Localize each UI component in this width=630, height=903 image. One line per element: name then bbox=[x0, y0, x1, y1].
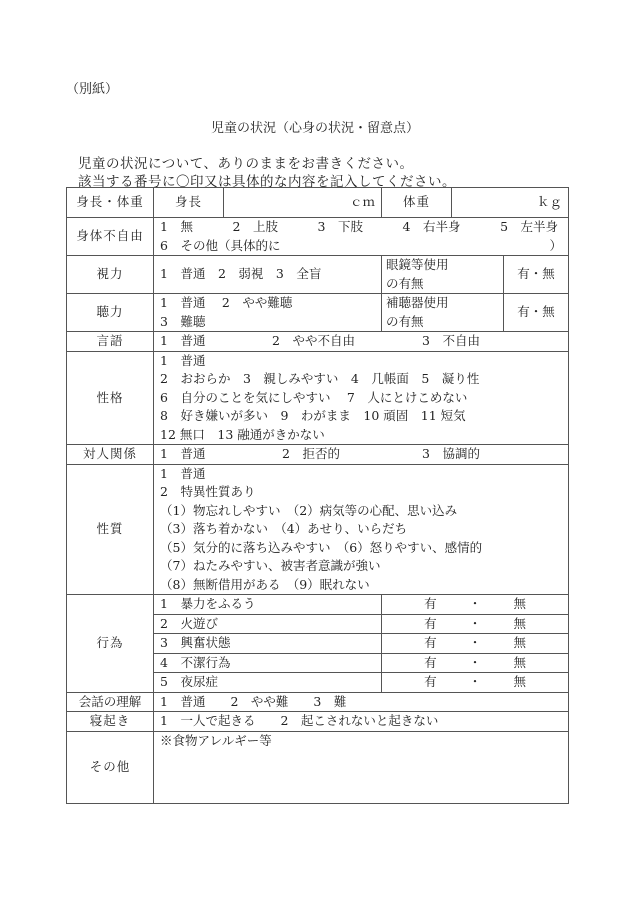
hearing-options-line-1[interactable]: 1 普通 2 やや難聴 bbox=[160, 294, 375, 313]
row-vision: 視力 1 普通 2 弱視 3 全盲 眼鏡等使用 の有無 有・無 bbox=[67, 256, 569, 294]
label-nature: 性質 bbox=[67, 464, 154, 595]
row-conversation: 会話の理解 1 普通 2 やや難 3 難 bbox=[67, 692, 569, 712]
glasses-usage-label: 眼鏡等使用 の有無 bbox=[382, 256, 504, 294]
disability-option-2[interactable]: 2 上肢 bbox=[233, 218, 278, 237]
separator-dot: ・ bbox=[469, 634, 482, 653]
no-option[interactable]: 無 bbox=[513, 634, 526, 653]
nature-line-6[interactable]: （7）ねたみやすい、被害者意識が強い bbox=[160, 557, 562, 576]
weight-field[interactable]: ｋｇ bbox=[452, 188, 569, 218]
behavior-item-3: 3 興奮状態 bbox=[154, 634, 382, 654]
hearing-aid-yes-no[interactable]: 有・無 bbox=[504, 294, 569, 332]
row-relations: 対人関係 1 普通2 拒否的3 協調的 bbox=[67, 445, 569, 465]
height-unit: ｃｍ bbox=[350, 194, 375, 209]
other-field[interactable]: ※食物アレルギー等 bbox=[154, 731, 569, 803]
no-option[interactable]: 無 bbox=[513, 673, 526, 692]
behavior-item-4-yes-no[interactable]: 有・無 bbox=[382, 653, 569, 673]
glasses-label-line-2: の有無 bbox=[386, 275, 497, 294]
label-relations: 対人関係 bbox=[67, 445, 154, 465]
hearing-aid-label: 補聴器使用 の有無 bbox=[382, 294, 504, 332]
nature-line-2[interactable]: 2 特異性質あり bbox=[160, 483, 562, 502]
disability-option-1[interactable]: 1 無 bbox=[160, 218, 193, 237]
label-height-weight: 身長・体重 bbox=[67, 188, 154, 218]
separator-dot: ・ bbox=[469, 615, 482, 634]
separator-dot: ・ bbox=[469, 673, 482, 692]
no-option[interactable]: 無 bbox=[513, 595, 526, 614]
behavior-item-1: 1 暴力をふるう bbox=[154, 595, 382, 615]
row-nature: 性質 1 普通 2 特異性質あり （1）物忘れしやすい （2）病気等の心配、思い… bbox=[67, 464, 569, 595]
row-disability: 身体不自由 1 無 2 上肢 3 下肢 4 右半身 5 左半身 6 その他（具体… bbox=[67, 218, 569, 256]
no-option[interactable]: 無 bbox=[513, 615, 526, 634]
row-hearing: 聴力 1 普通 2 やや難聴 3 難聴 補聴器使用 の有無 有・無 bbox=[67, 294, 569, 332]
row-height-weight: 身長・体重 身長 ｃｍ 体重 ｋｇ bbox=[67, 188, 569, 218]
row-speech: 言語 1 普通2 やや不自由3 不自由 bbox=[67, 332, 569, 352]
yes-option[interactable]: 有 bbox=[424, 595, 437, 614]
speech-options[interactable]: 1 普通2 やや不自由3 不自由 bbox=[154, 332, 569, 352]
nature-options[interactable]: 1 普通 2 特異性質あり （1）物忘れしやすい （2）病気等の心配、思い込み … bbox=[154, 464, 569, 595]
row-personality: 性格 1 普通 2 おおらか 3 親しみやすい 4 几帳面 5 凝り性 6 自分… bbox=[67, 351, 569, 445]
behavior-item-3-yes-no[interactable]: 有・無 bbox=[382, 634, 569, 654]
relations-options[interactable]: 1 普通2 拒否的3 協調的 bbox=[154, 445, 569, 465]
disability-option-3[interactable]: 3 下肢 bbox=[318, 218, 363, 237]
disability-option-5[interactable]: 5 左半身 bbox=[500, 218, 558, 237]
separator-dot: ・ bbox=[469, 595, 482, 614]
personality-line-4[interactable]: 8 好き嫌いが多い 9 わがまま 10 頑固 11 短気 bbox=[160, 407, 562, 426]
separator-dot: ・ bbox=[469, 654, 482, 673]
label-other: その他 bbox=[67, 731, 154, 803]
label-hearing: 聴力 bbox=[67, 294, 154, 332]
label-speech: 言語 bbox=[67, 332, 154, 352]
relations-option-2[interactable]: 2 拒否的 bbox=[282, 445, 422, 464]
personality-options[interactable]: 1 普通 2 おおらか 3 親しみやすい 4 几帳面 5 凝り性 6 自分のこと… bbox=[154, 351, 569, 445]
hearing-aid-label-line-1: 補聴器使用 bbox=[386, 294, 497, 313]
yes-option[interactable]: 有 bbox=[424, 654, 437, 673]
personality-line-1[interactable]: 1 普通 bbox=[160, 352, 562, 371]
conversation-options[interactable]: 1 普通 2 やや難 3 難 bbox=[154, 692, 569, 712]
page-title: 児童の状況（心身の状況・留意点） bbox=[0, 117, 630, 136]
yes-option[interactable]: 有 bbox=[424, 634, 437, 653]
speech-option-2[interactable]: 2 やや不自由 bbox=[272, 332, 422, 351]
speech-option-3[interactable]: 3 不自由 bbox=[422, 333, 480, 348]
height-label: 身長 bbox=[154, 188, 224, 218]
behavior-item-4: 4 不潔行為 bbox=[154, 653, 382, 673]
waking-options[interactable]: 1 一人で起きる 2 起こされないと起きない bbox=[154, 712, 569, 732]
behavior-item-2: 2 火遊び bbox=[154, 614, 382, 634]
height-field[interactable]: ｃｍ bbox=[224, 188, 382, 218]
glasses-label-line-1: 眼鏡等使用 bbox=[386, 256, 497, 275]
row-waking: 寝起き 1 一人で起きる 2 起こされないと起きない bbox=[67, 712, 569, 732]
glasses-yes-no[interactable]: 有・無 bbox=[504, 256, 569, 294]
nature-line-7[interactable]: （8）無断借用がある （9）眠れない bbox=[160, 576, 562, 595]
label-vision: 視力 bbox=[67, 256, 154, 294]
other-note: ※食物アレルギー等 bbox=[160, 732, 562, 751]
disability-option-6-other[interactable]: 6 その他（具体的に bbox=[160, 237, 280, 256]
hearing-aid-label-line-2: の有無 bbox=[386, 313, 497, 332]
nature-line-5[interactable]: （5）気分的に落ち込みやすい （6）怒りやすい、感情的 bbox=[160, 539, 562, 558]
behavior-item-2-yes-no[interactable]: 有・無 bbox=[382, 614, 569, 634]
behavior-item-5-yes-no[interactable]: 有・無 bbox=[382, 673, 569, 693]
disability-option-4[interactable]: 4 右半身 bbox=[403, 218, 461, 237]
hearing-options[interactable]: 1 普通 2 やや難聴 3 難聴 bbox=[154, 294, 382, 332]
weight-label: 体重 bbox=[382, 188, 452, 218]
intro-line-1: 児童の状況について、ありのままをお書きください。 bbox=[78, 152, 413, 172]
nature-line-4[interactable]: （3）落ち着かない （4）あせり、いらだち bbox=[160, 520, 562, 539]
nature-line-1[interactable]: 1 普通 bbox=[160, 465, 562, 484]
speech-option-1[interactable]: 1 普通 bbox=[160, 332, 272, 351]
child-status-form: 身長・体重 身長 ｃｍ 体重 ｋｇ 身体不自由 1 無 2 上肢 3 下肢 4 … bbox=[66, 187, 569, 804]
nature-line-3[interactable]: （1）物忘れしやすい （2）病気等の心配、思い込み bbox=[160, 502, 562, 521]
personality-line-2[interactable]: 2 おおらか 3 親しみやすい 4 几帳面 5 凝り性 bbox=[160, 370, 562, 389]
yes-option[interactable]: 有 bbox=[424, 673, 437, 692]
label-personality: 性格 bbox=[67, 351, 154, 445]
behavior-item-1-yes-no[interactable]: 有・無 bbox=[382, 595, 569, 615]
disability-options[interactable]: 1 無 2 上肢 3 下肢 4 右半身 5 左半身 6 その他（具体的に ） bbox=[154, 218, 569, 256]
label-waking: 寝起き bbox=[67, 712, 154, 732]
label-behavior: 行為 bbox=[67, 595, 154, 693]
vision-options[interactable]: 1 普通 2 弱視 3 全盲 bbox=[154, 256, 382, 294]
behavior-item-5: 5 夜尿症 bbox=[154, 673, 382, 693]
row-behavior-1: 行為 1 暴力をふるう 有・無 bbox=[67, 595, 569, 615]
personality-line-5[interactable]: 12 無口 13 融通がきかない bbox=[160, 426, 562, 445]
label-disability: 身体不自由 bbox=[67, 218, 154, 256]
yes-option[interactable]: 有 bbox=[424, 615, 437, 634]
disability-other-close: ） bbox=[550, 237, 563, 256]
relations-option-3[interactable]: 3 協調的 bbox=[422, 446, 480, 461]
weight-unit: ｋｇ bbox=[537, 194, 562, 209]
annex-label: （別紙） bbox=[66, 78, 118, 97]
label-conversation: 会話の理解 bbox=[67, 692, 154, 712]
hearing-options-line-2[interactable]: 3 難聴 bbox=[160, 313, 375, 332]
row-other: その他 ※食物アレルギー等 bbox=[67, 731, 569, 803]
no-option[interactable]: 無 bbox=[513, 654, 526, 673]
relations-option-1[interactable]: 1 普通 bbox=[160, 445, 282, 464]
personality-line-3[interactable]: 6 自分のことを気にしやすい 7 人にとけこめない bbox=[160, 389, 562, 408]
